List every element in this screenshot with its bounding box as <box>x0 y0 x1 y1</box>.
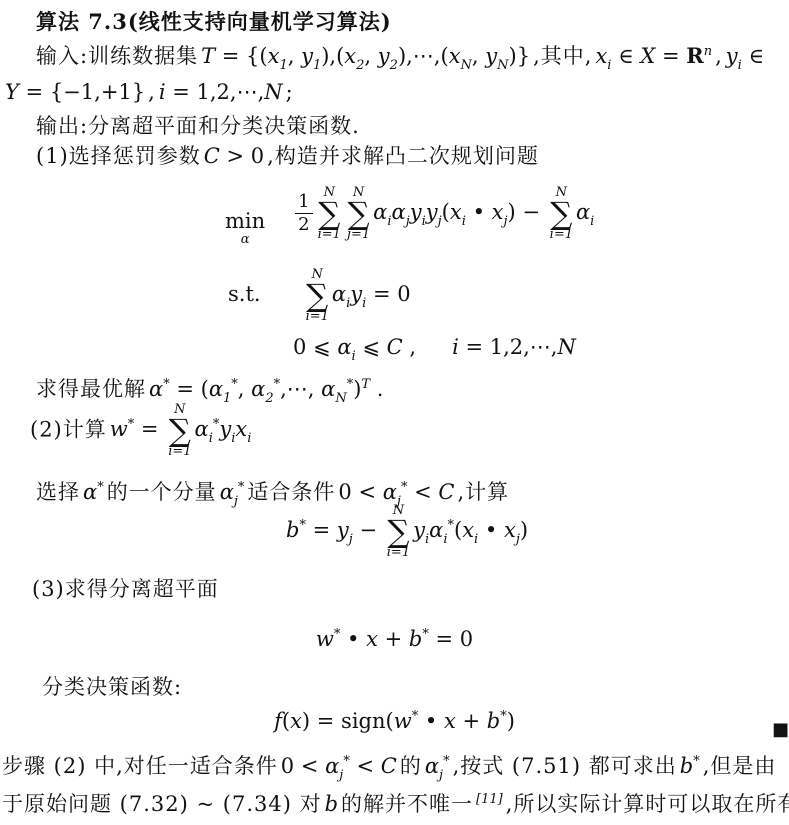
step-3-line: (3)求得分离超平面 <box>32 574 219 604</box>
body-paragraph-line-2: 于原始问题 (7.32) ~ (7.34) 对b的解并不唯一[11],所以实际计… <box>2 789 789 819</box>
end-of-algorithm-square: ■ <box>772 722 787 738</box>
constraint-formula-sum: s.t.N∑i=1αiyi = 0 <box>225 268 414 324</box>
decision-function-formula: f(x) = sign(w* • x + b*) <box>0 706 789 736</box>
decision-function-label: 分类决策函数: <box>42 672 182 702</box>
algorithm-title: 算法 7.3(线性支持向量机学习算法) <box>36 7 392 37</box>
step-2-line: (2)计算w* = N∑i=1αi*yixi <box>30 403 254 459</box>
step-1-line: (1)选择惩罚参数C > 0,构造并求解凸二次规划问题 <box>36 141 539 171</box>
constraint-formula-range: 0 ⩽ αi ⩽ C ,i = 1,2,⋯,N <box>290 332 579 362</box>
algorithm-input-line-1: 输入:训练数据集T = {(x1, y1),(x2, y2),⋯,(xN, yN… <box>36 41 767 71</box>
b-star-formula: b* = yj − N∑i=1yiαi*(xi • xj) <box>283 504 531 560</box>
algorithm-output-line: 输出:分离超平面和分类决策函数. <box>36 111 360 141</box>
body-paragraph-line-1: 步骤 (2) 中,对任一适合条件0 < αj* < C的αj*,按式 (7.51… <box>2 751 776 781</box>
hyperplane-formula: w* • x + b* = 0 <box>0 624 789 654</box>
select-component-line: 选择α*的一个分量αj*适合条件0 < αj* < C,计算 <box>36 477 509 507</box>
objective-formula: minα12N∑i=1N∑j=1αiαjyiyj(xi • xj) − N∑i=… <box>222 186 597 246</box>
optimal-solution-line: 求得最优解α* = (α1*, α2*,⋯, αN*)T . <box>36 374 386 404</box>
algorithm-input-line-2: Y = {−1,+1},i = 1,2,⋯,N; <box>2 77 294 107</box>
textbook-page: { "page": {"background": "#ffffff", "tex… <box>0 0 789 825</box>
